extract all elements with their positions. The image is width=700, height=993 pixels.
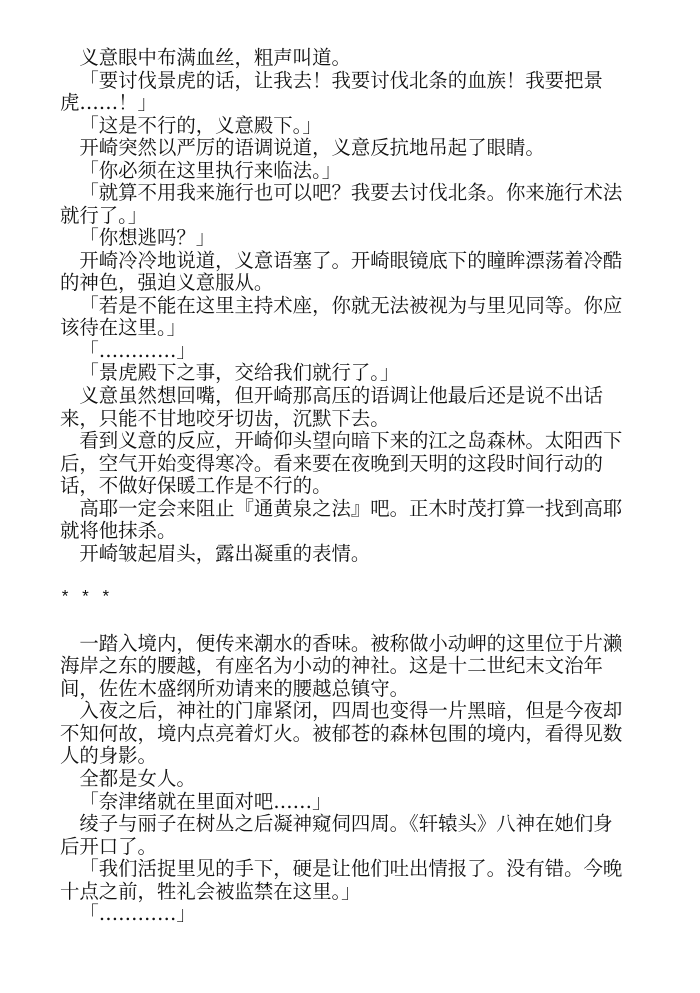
paragraph: 入夜之后，神社的门扉紧闭，四周也变得一片黑暗，但是今夜却 不知何故，境内点亮着灯… xyxy=(60,700,640,768)
text-line: 就将他抹杀。 xyxy=(60,520,640,543)
text-line: 一踏入境内，便传来潮水的香味。被称做小动岬的这里位于片濑 xyxy=(60,633,640,656)
paragraph: 义意眼中布满血丝，粗声叫道。 xyxy=(60,47,640,70)
paragraph: 绫子与丽子在树丛之后凝神窥伺四周。《轩辕头》八神在她们身 后开口了。 xyxy=(60,813,640,858)
text-line: 的神色，强迫义意服从。 xyxy=(60,272,640,295)
text-line: 高耶一定会来阻止『通黄泉之法』吧。正木时茂打算一找到高耶 xyxy=(60,498,640,521)
paragraph: 看到义意的反应，开崎仰头望向暗下来的江之岛森林。太阳西下 后，空气开始变得寒冷。… xyxy=(60,430,640,498)
dialogue-paragraph: 「要讨伐景虎的话，让我去！我要讨伐北条的血族！我要把景 虎……！」 xyxy=(60,70,640,115)
dialogue-paragraph: 「这是不行的，义意殿下。」 xyxy=(60,115,640,138)
text-line: 后，空气开始变得寒冷。看来要在夜晚到天明的这段时间行动的 xyxy=(60,453,640,476)
paragraph: 义意虽然想回嘴，但开崎那高压的语调让他最后还是说不出话 来，只能不甘地咬牙切齿，… xyxy=(60,385,640,430)
dialogue-paragraph: 「景虎殿下之事，交给我们就行了。」 xyxy=(60,362,640,385)
text-line: 开崎冷冷地说道，义意语塞了。开崎眼镜底下的瞳眸漂荡着冷酷 xyxy=(60,250,640,273)
section-1: 义意眼中布满血丝，粗声叫道。 「要讨伐景虎的话，让我去！我要讨伐北条的血族！我要… xyxy=(60,47,640,565)
dialogue-paragraph: 「…………」 xyxy=(60,340,640,363)
text-line: 看到义意的反应，开崎仰头望向暗下来的江之岛森林。太阳西下 xyxy=(60,430,640,453)
text-line: 开崎皱起眉头，露出凝重的表情。 xyxy=(60,543,640,566)
text-line: 「奈津绪就在里面对吧……」 xyxy=(60,791,640,814)
text-line: 人的身影。 xyxy=(60,745,640,768)
text-line: 就行了。」 xyxy=(60,205,640,228)
text-line: 十点之前，牲礼会被监禁在这里。」 xyxy=(60,881,640,904)
text-line: 「就算不用我来施行也可以吧？我要去讨伐北条。你来施行术法 xyxy=(60,182,640,205)
text-line: 话，不做好保暖工作是不行的。 xyxy=(60,475,640,498)
dialogue-paragraph: 「奈津绪就在里面对吧……」 xyxy=(60,791,640,814)
text-line: 不知何故，境内点亮着灯火。被郁苍的森林包围的境内，看得见数 xyxy=(60,723,640,746)
text-line: 「这是不行的，义意殿下。」 xyxy=(60,115,640,138)
text-line: 全都是女人。 xyxy=(60,768,640,791)
text-line: 后开口了。 xyxy=(60,836,640,859)
text-line: 海岸之东的腰越，有座名为小动的神社。这是十二世纪末文治年 xyxy=(60,655,640,678)
text-line: 「景虎殿下之事，交给我们就行了。」 xyxy=(60,362,640,385)
dialogue-paragraph: 「就算不用我来施行也可以吧？我要去讨伐北条。你来施行术法 就行了。」 xyxy=(60,182,640,227)
text-line: 「…………」 xyxy=(60,903,640,926)
text-line: 义意眼中布满血丝，粗声叫道。 xyxy=(60,47,640,70)
text-line: 来，只能不甘地咬牙切齿，沉默下去。 xyxy=(60,408,640,431)
dialogue-paragraph: 「我们活捉里见的手下，硬是让他们吐出情报了。没有错。今晚 十点之前，牲礼会被监禁… xyxy=(60,858,640,903)
text-line: 「我们活捉里见的手下，硬是让他们吐出情报了。没有错。今晚 xyxy=(60,858,640,881)
text-line: 「你必须在这里执行来临法。」 xyxy=(60,160,640,183)
text-line: 「你想逃吗？」 xyxy=(60,227,640,250)
text-line: 开崎突然以严厉的语调说道，义意反抗地吊起了眼睛。 xyxy=(60,137,640,160)
paragraph: 开崎冷冷地说道，义意语塞了。开崎眼镜底下的瞳眸漂荡着冷酷 的神色，强迫义意服从。 xyxy=(60,250,640,295)
paragraph: 高耶一定会来阻止『通黄泉之法』吧。正木时茂打算一找到高耶 就将他抹杀。 xyxy=(60,498,640,543)
text-line: 绫子与丽子在树丛之后凝神窥伺四周。《轩辕头》八神在她们身 xyxy=(60,813,640,836)
text-line: 「若是不能在这里主持术座，你就无法被视为与里见同等。你应 xyxy=(60,295,640,318)
text-line: 义意虽然想回嘴，但开崎那高压的语调让他最后还是说不出话 xyxy=(60,385,640,408)
scene-break-separator: * * * xyxy=(60,588,640,611)
document-page: 义意眼中布满血丝，粗声叫道。 「要讨伐景虎的话，让我去！我要讨伐北条的血族！我要… xyxy=(60,47,640,926)
paragraph: 一踏入境内，便传来潮水的香味。被称做小动岬的这里位于片濑 海岸之东的腰越，有座名… xyxy=(60,633,640,701)
paragraph: 开崎突然以严厉的语调说道，义意反抗地吊起了眼睛。 xyxy=(60,137,640,160)
dialogue-paragraph: 「你想逃吗？」 xyxy=(60,227,640,250)
dialogue-paragraph: 「你必须在这里执行来临法。」 xyxy=(60,160,640,183)
paragraph: 开崎皱起眉头，露出凝重的表情。 xyxy=(60,543,640,566)
text-line: 入夜之后，神社的门扉紧闭，四周也变得一片黑暗，但是今夜却 xyxy=(60,700,640,723)
paragraph: 全都是女人。 xyxy=(60,768,640,791)
dialogue-paragraph: 「若是不能在这里主持术座，你就无法被视为与里见同等。你应 该待在这里。」 xyxy=(60,295,640,340)
text-line: 该待在这里。」 xyxy=(60,317,640,340)
section-2: 一踏入境内，便传来潮水的香味。被称做小动岬的这里位于片濑 海岸之东的腰越，有座名… xyxy=(60,633,640,926)
text-line: 「要讨伐景虎的话，让我去！我要讨伐北条的血族！我要把景 xyxy=(60,70,640,93)
text-line: 虎……！」 xyxy=(60,92,640,115)
text-line: 「…………」 xyxy=(60,340,640,363)
text-line: 间，佐佐木盛纲所劝请来的腰越总镇守。 xyxy=(60,678,640,701)
dialogue-paragraph: 「…………」 xyxy=(60,903,640,926)
